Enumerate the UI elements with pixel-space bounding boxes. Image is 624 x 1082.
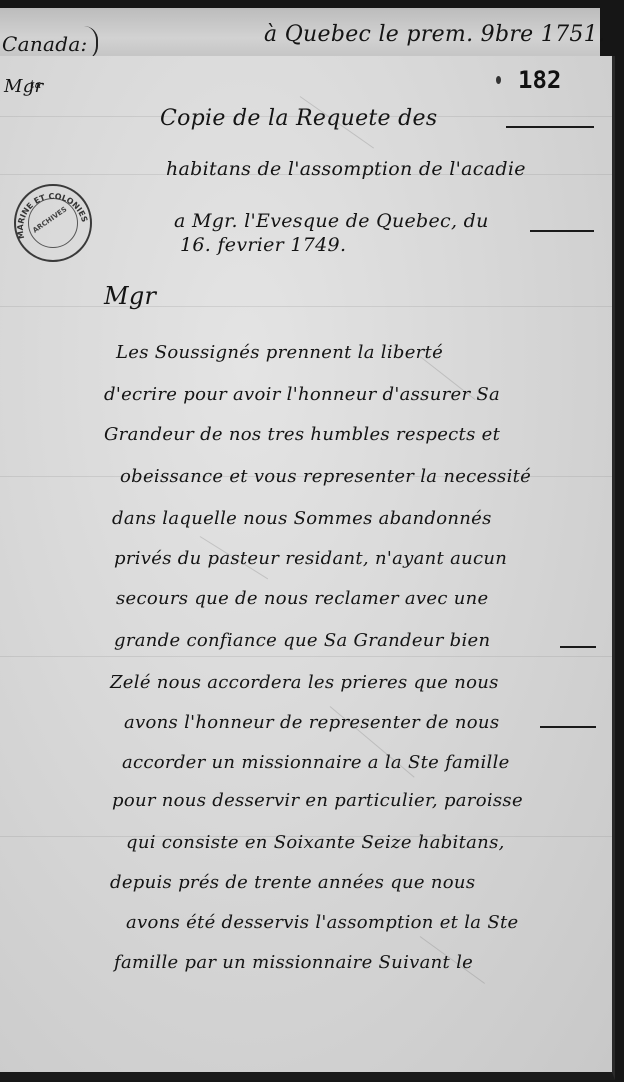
body-line-14: depuis prés de trente années que nous — [110, 872, 475, 893]
header-date-line: à Quebec le prem. 9bre 1751. — [264, 22, 605, 47]
body-line-7: secours que de nous reclamer avec une — [116, 588, 489, 609]
body-line-12: pour nous desservir en particulier, paro… — [112, 790, 523, 811]
margin-label-canada: Canada: — [2, 32, 88, 56]
body-line-10: avons l'honneur de representer de nous — [124, 712, 499, 733]
line-filler — [506, 126, 594, 128]
body-line-11: accorder un missionnaire a la Ste famill… — [122, 752, 510, 773]
margin-note-superscript: ta — [30, 78, 42, 91]
line-filler — [560, 646, 596, 648]
header-sheet: Canada: à Quebec le prem. 9bre 1751. ıı — [0, 8, 600, 59]
body-line-5: dans laquelle nous Sommes abandonnés — [112, 508, 492, 529]
archives-stamp: MARINE ET COLONIES ARCHIVES — [14, 184, 92, 262]
line-filler — [530, 230, 594, 232]
title-line-2: habitans de l'assomption de l'acadie — [166, 158, 526, 180]
body-line-3: Grandeur de nos tres humbles respects et — [104, 424, 500, 445]
body-line-9: Zelé nous accordera les prieres que nous — [110, 672, 499, 693]
line-filler — [540, 726, 596, 728]
body-line-15: avons été desservis l'assomption et la S… — [126, 912, 518, 933]
body-line-2: d'ecrire pour avoir l'honneur d'assurer … — [104, 384, 500, 405]
body-line-8: grande confiance que Sa Grandeur bien — [114, 630, 490, 651]
bleed-line — [0, 306, 612, 307]
bleed-line — [0, 656, 612, 657]
ink-spot — [496, 76, 501, 84]
body-line-16: famille par un missionnaire Suivant le — [114, 952, 473, 973]
body-line-6: privés du pasteur residant, n'ayant aucu… — [114, 548, 507, 569]
body-line-4: obeissance et vous representer la necess… — [120, 466, 531, 487]
body-line-1: Les Soussignés prennent la liberté — [116, 342, 443, 363]
title-line-1: Copie de la Requete des — [160, 106, 437, 131]
scanned-manuscript: Canada: à Quebec le prem. 9bre 1751. ıı … — [0, 0, 624, 1082]
title-line-4: 16. fevrier 1749. — [180, 234, 346, 256]
body-line-13: qui consiste en Soixante Seize habitans, — [126, 832, 505, 853]
salutation: Mgr — [104, 282, 156, 310]
title-line-3: a Mgr. l'Evesque de Quebec, du — [174, 210, 489, 232]
stamp-ring-text: MARINE ET COLONIES — [16, 186, 90, 260]
folio-number: 182 — [518, 66, 561, 94]
